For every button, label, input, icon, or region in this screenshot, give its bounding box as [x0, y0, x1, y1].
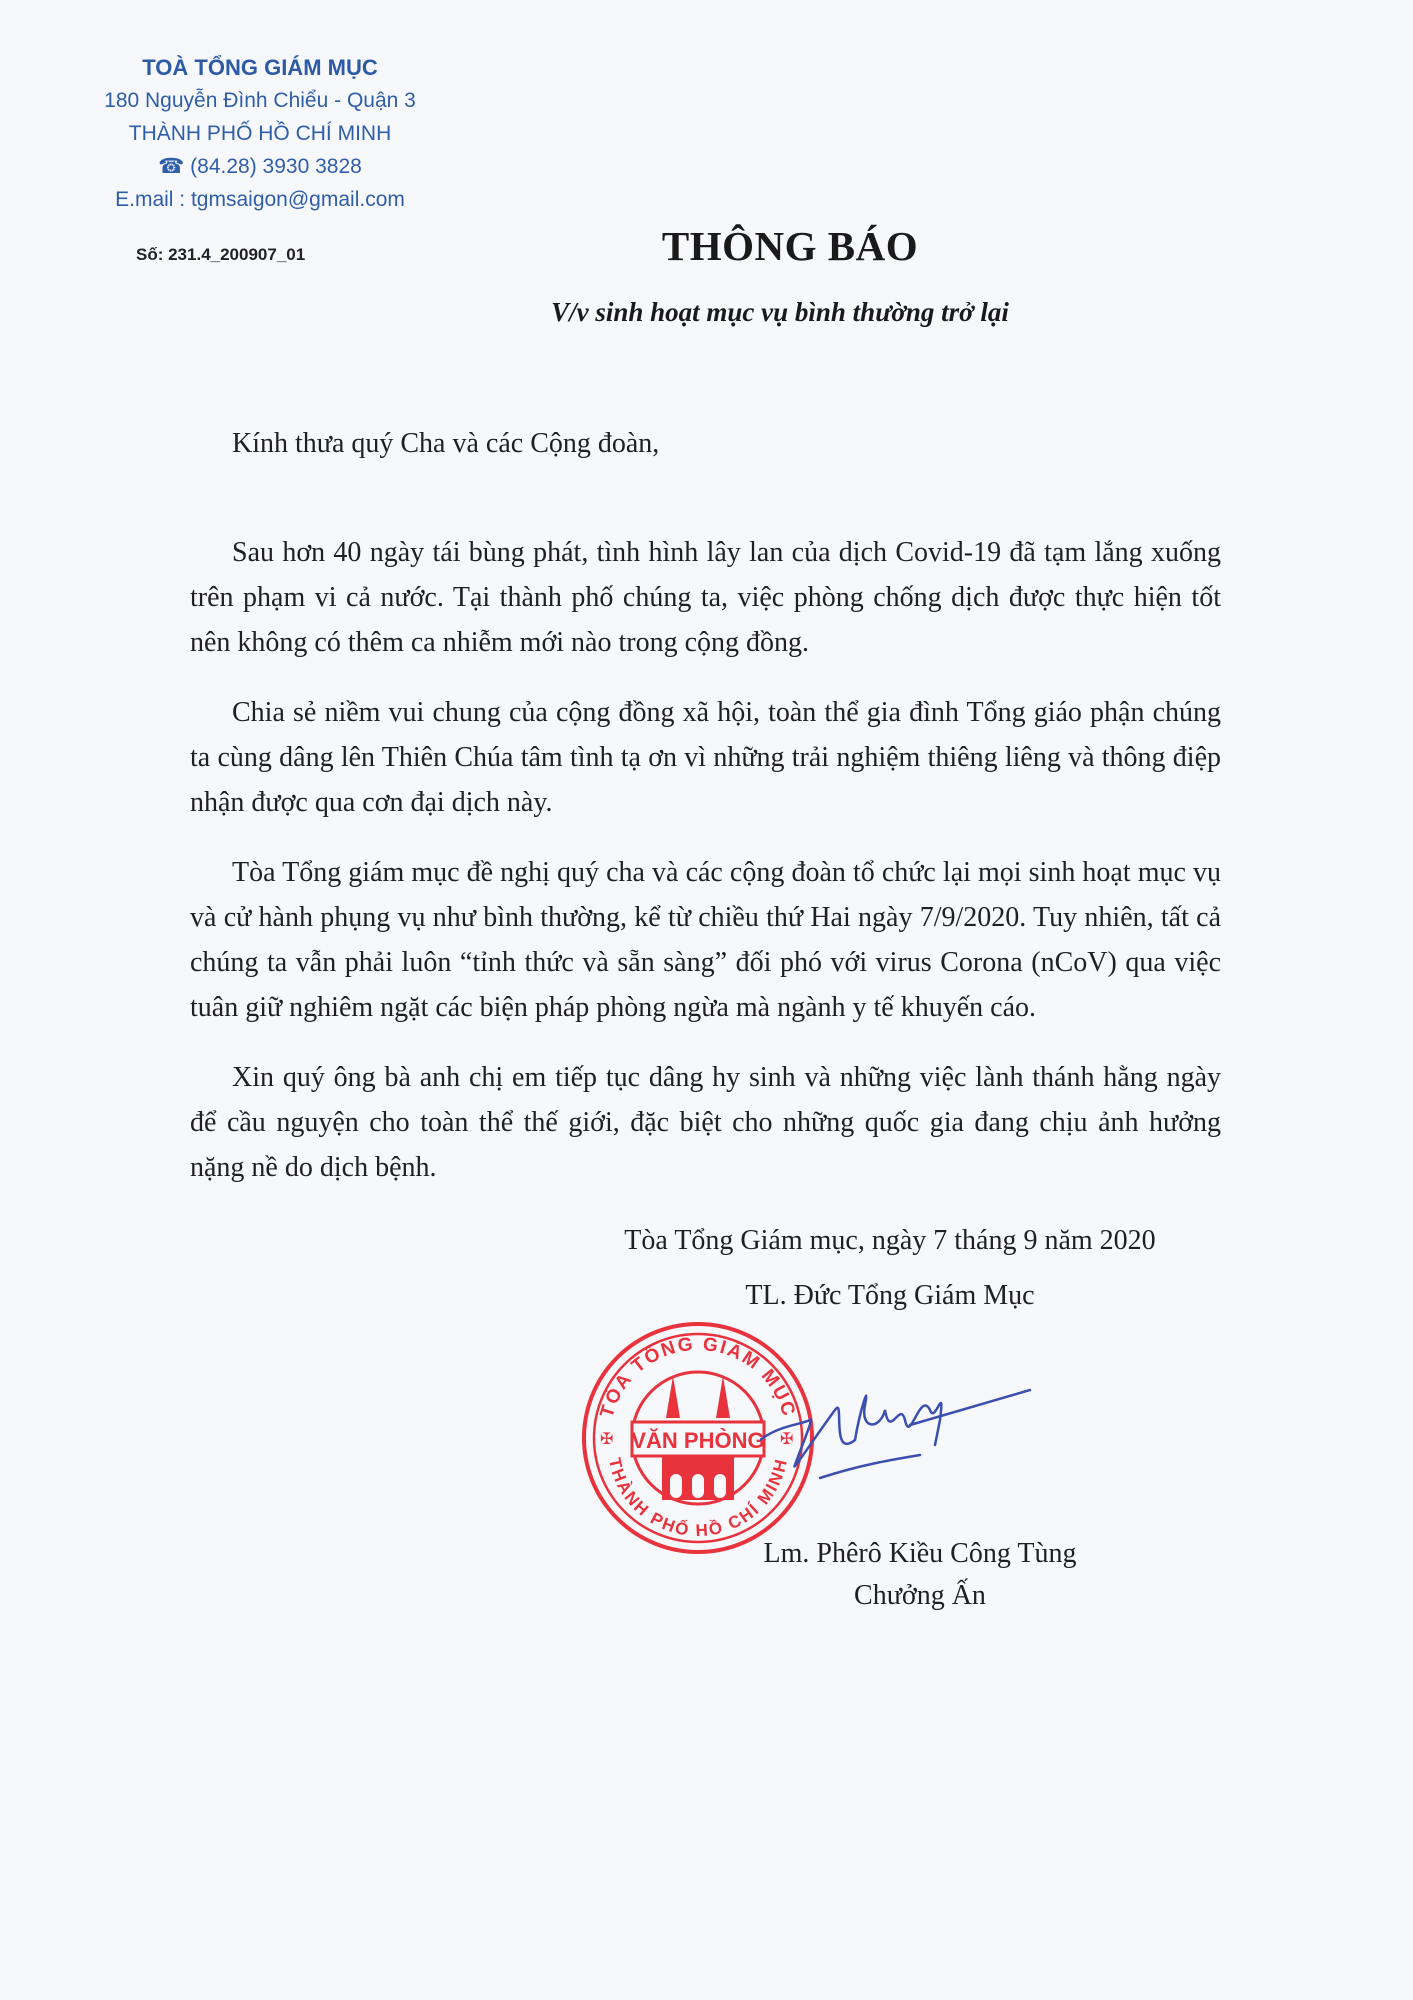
paragraph: Chia sẻ niềm vui chung của cộng đồng xã …	[190, 690, 1221, 825]
paragraph: Sau hơn 40 ngày tái bùng phát, tình hình…	[190, 530, 1221, 665]
letter-body: Sau hơn 40 ngày tái bùng phát, tình hình…	[190, 530, 1221, 1215]
handwritten-signature-icon	[760, 1370, 1040, 1480]
document-subtitle: V/v sinh hoạt mục vụ bình thường trở lại	[400, 297, 1160, 328]
city: THÀNH PHỐ HỒ CHÍ MINH	[60, 117, 460, 150]
reference-number: Số: 231.4_200907_01	[136, 245, 305, 265]
organization-name: TOÀ TỔNG GIÁM MỤC	[60, 52, 460, 84]
place-date: Tòa Tổng Giám mục, ngày 7 tháng 9 năm 20…	[560, 1225, 1220, 1257]
on-behalf-line: TL. Đức Tổng Giám Mục	[560, 1280, 1220, 1312]
signer-title: Chưởng Ấn	[590, 1580, 1250, 1612]
address: 180 Nguyễn Đình Chiểu - Quận 3	[60, 84, 460, 117]
signer-name: Lm. Phêrô Kiều Công Tùng	[590, 1538, 1250, 1570]
paragraph: Xin quý ông bà anh chị em tiếp tục dâng …	[190, 1055, 1221, 1190]
paragraph: Tòa Tổng giám mục đề nghị quý cha và các…	[190, 850, 1221, 1030]
email: E.mail : tgmsaigon@gmail.com	[60, 183, 460, 216]
greeting: Kính thưa quý Cha và các Cộng đoàn,	[232, 428, 659, 460]
letterhead: TOÀ TỔNG GIÁM MỤC 180 Nguyễn Đình Chiểu …	[60, 52, 460, 216]
svg-text:VĂN PHÒNG: VĂN PHÒNG	[631, 1428, 764, 1453]
document-title: THÔNG BÁO	[520, 222, 1060, 270]
phone: ☎ (84.28) 3930 3828	[60, 150, 460, 183]
svg-text:✠: ✠	[600, 1431, 613, 1448]
